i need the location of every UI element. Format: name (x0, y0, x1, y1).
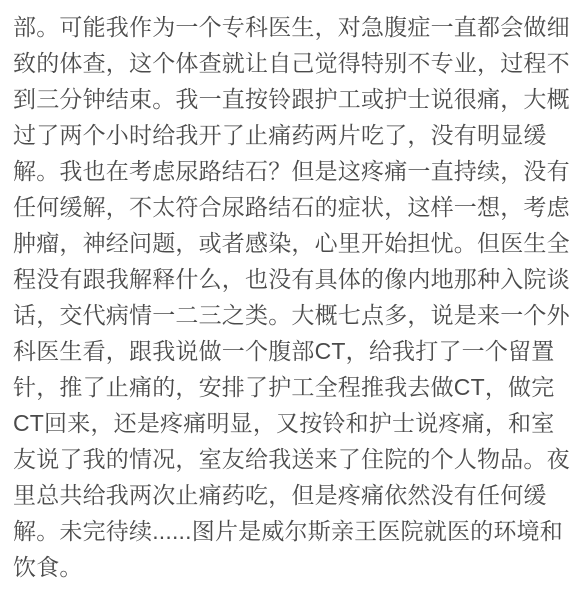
post-page: 部。可能我作为一个专科医生，对急腹症一直都会做细 致的体查，这个体查就让自己觉得… (0, 0, 570, 594)
post-body-text: 部。可能我作为一个专科医生，对急腹症一直都会做细 致的体查，这个体查就让自己觉得… (0, 0, 570, 585)
